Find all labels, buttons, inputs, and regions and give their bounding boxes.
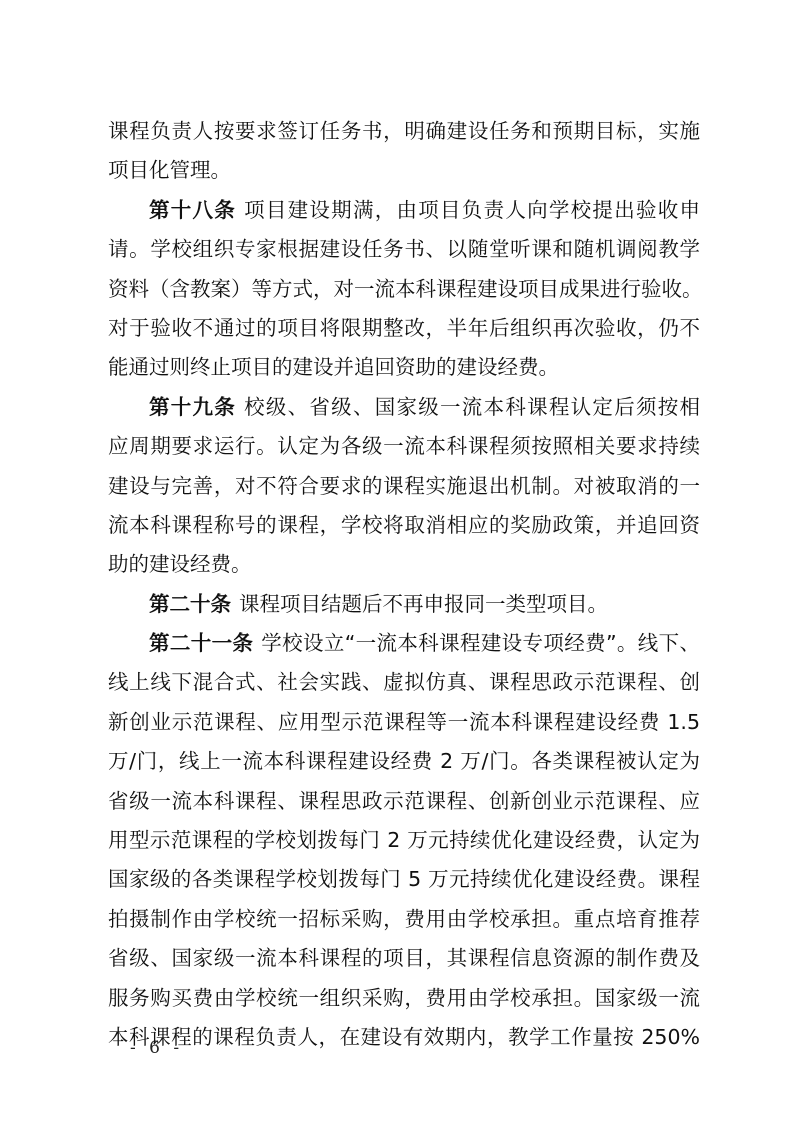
text-line: 拍摄制作由学校统一招标采购，费用由学校承担。重点培育推荐 [108, 900, 700, 939]
text-line: 对于验收不通过的项目将限期整改，半年后组织再次验收，仍不 [108, 309, 700, 348]
article-21-first-line: 第二十一条学校设立“一流本科课程建设专项经费”。线下、 [108, 624, 700, 663]
text-line: 万/门，线上一流本科课程建设经费 2 万/门。各类课程被认定为 [108, 742, 700, 781]
text-line: 省级一流本科课程、课程思政示范课程、创新创业示范课程、应 [108, 782, 700, 821]
text-span: 校级、省级、国家级一流本科课程认定后须按相 [244, 395, 700, 419]
text-line: 国家级的各类课程学校划拨每门 5 万元持续优化建设经费。课程 [108, 860, 700, 899]
text-line: 用型示范课程的学校划拨每门 2 万元持续优化建设经费，认定为 [108, 821, 700, 860]
article-20-line: 第二十条课程项目结题后不再申报同一类型项目。 [108, 585, 700, 624]
article-18-first-line: 第十八条项目建设期满，由项目负责人向学校提出验收申 [108, 191, 700, 230]
text-line: 省级、国家级一流本科课程的项目，其课程信息资源的制作费及 [108, 939, 700, 978]
text-line: 线上线下混合式、社会实践、虚拟仿真、课程思政示范课程、创 [108, 663, 700, 702]
article-label: 第二十条 [149, 592, 231, 616]
text-line: 服务购买费由学校统一组织采购，费用由学校承担。国家级一流 [108, 979, 700, 1018]
article-label: 第二十一条 [149, 631, 253, 655]
text-line: 流本科课程称号的课程，学校将取消相应的奖励政策，并追回资 [108, 506, 700, 545]
text-line: 应周期要求运行。认定为各级一流本科课程须按照相关要求持续 [108, 427, 700, 466]
text-span: 项目建设期满，由项目负责人向学校提出验收申 [244, 198, 700, 222]
text-line: 本科课程的课程负责人，在建设有效期内，教学工作量按 250% [108, 1018, 700, 1057]
document-body: 课程负责人按要求签订任务书，明确建设任务和预期目标，实施 项目化管理。 第十八条… [108, 112, 700, 1057]
text-line: 新创业示范课程、应用型示范课程等一流本科课程建设经费 1.5 [108, 703, 700, 742]
text-line: 建设与完善，对不符合要求的课程实施退出机制。对被取消的一 [108, 467, 700, 506]
text-line: 助的建设经费。 [108, 545, 700, 584]
text-line: 请。学校组织专家根据建设任务书、以随堂听课和随机调阅教学 [108, 230, 700, 269]
article-label: 第十九条 [149, 395, 236, 419]
text-line: 能通过则终止项目的建设并追回资助的建设经费。 [108, 348, 700, 387]
text-line: 课程负责人按要求签订任务书，明确建设任务和预期目标，实施 [108, 112, 700, 151]
article-19-first-line: 第十九条校级、省级、国家级一流本科课程认定后须按相 [108, 388, 700, 427]
page-number: - 6 - [130, 1038, 183, 1058]
text-line: 资料（含教案）等方式，对一流本科课程建设项目成果进行验收。 [108, 270, 700, 309]
text-span: 课程项目结题后不再申报同一类型项目。 [239, 592, 608, 616]
text-line: 项目化管理。 [108, 151, 700, 190]
text-span: 学校设立“一流本科课程建设专项经费”。线下、 [261, 631, 700, 655]
article-label: 第十八条 [149, 198, 236, 222]
